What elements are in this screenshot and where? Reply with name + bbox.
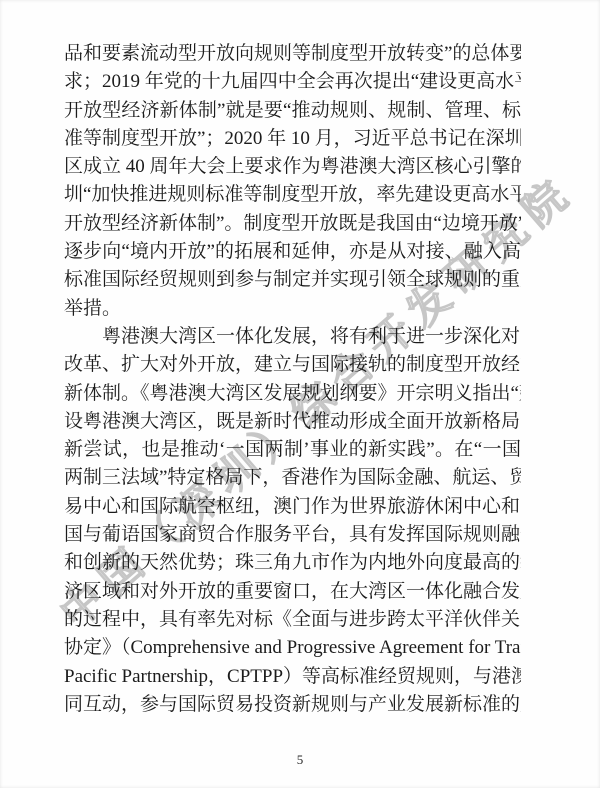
text-line: 设粤港澳大湾区，既是新时代推动形成全面开放新格局的 (64, 408, 521, 436)
text-line: 圳“加快推进规则标准等制度型开放，率先建设更高水平 (64, 181, 521, 209)
text-line: 同互动，参与国际贸易投资新规则与产业发展新标准的天 (64, 691, 521, 719)
text-line: 标准国际经贸规则到参与制定并实现引领全球规则的重大 (64, 266, 521, 294)
text-line: 和创新的天然优势；珠三角九市作为内地外向度最高的经 (64, 549, 521, 577)
text-line: 举措。 (64, 295, 521, 323)
text-line: 开放型经济新体制”就是要“推动规则、规制、管理、标 (64, 97, 521, 125)
text-line: 两制三法域”特定格局下，香港作为国际金融、航运、贸 (64, 464, 521, 492)
text-line: 逐步向“境内开放”的拓展和延伸，亦是从对接、融入高 (64, 238, 521, 266)
text-line: 开放型经济新体制”。制度型开放既是我国由“边境开放” (64, 210, 521, 238)
text-line: Pacific Partnership，CPTPP）等高标准经贸规则，与港澳协 (64, 663, 521, 691)
text-line: 区成立 40 周年大会上要求作为粤港澳大湾区核心引擎的深 (64, 153, 521, 181)
body-text: 品和要素流动型开放向规则等制度型开放转变”的总体要 求；2019 年党的十九届四… (64, 40, 521, 719)
text-line: 国与葡语国家商贸合作服务平台，具有发挥国际规则融合 (64, 521, 521, 549)
text-line: 粤港澳大湾区一体化发展，将有利于进一步深化对内 (64, 323, 521, 351)
text-line: 协定》（Comprehensive and Progressive Agreem… (64, 634, 521, 662)
text-line: 准等制度型开放”；2020 年 10 月，习近平总书记在深圳特 (64, 125, 521, 153)
text-line: 品和要素流动型开放向规则等制度型开放转变”的总体要 (64, 40, 521, 68)
text-line: 的过程中，具有率先对标《全面与进步跨太平洋伙伴关系 (64, 606, 521, 634)
text-line: 求；2019 年党的十九届四中全会再次提出“建设更高水平 (64, 68, 521, 96)
text-line: 改革、扩大对外开放，建立与国际接轨的制度型开放经济 (64, 351, 521, 379)
page-number: 5 (0, 752, 600, 768)
text-line: 济区域和对外开放的重要窗口，在大湾区一体化融合发展 (64, 578, 521, 606)
text-line: 新体制。《粤港澳大湾区发展规划纲要》开宗明义指出“建 (64, 380, 521, 408)
document-page: 中国（深圳）综合开发研究院 品和要素流动型开放向规则等制度型开放转变”的总体要 … (0, 0, 600, 788)
text-line: 新尝试，也是推动‘一国两制’事业的新实践”。在“一国 (64, 436, 521, 464)
text-line: 易中心和国际航空枢纽，澳门作为世界旅游休闲中心和中 (64, 493, 521, 521)
